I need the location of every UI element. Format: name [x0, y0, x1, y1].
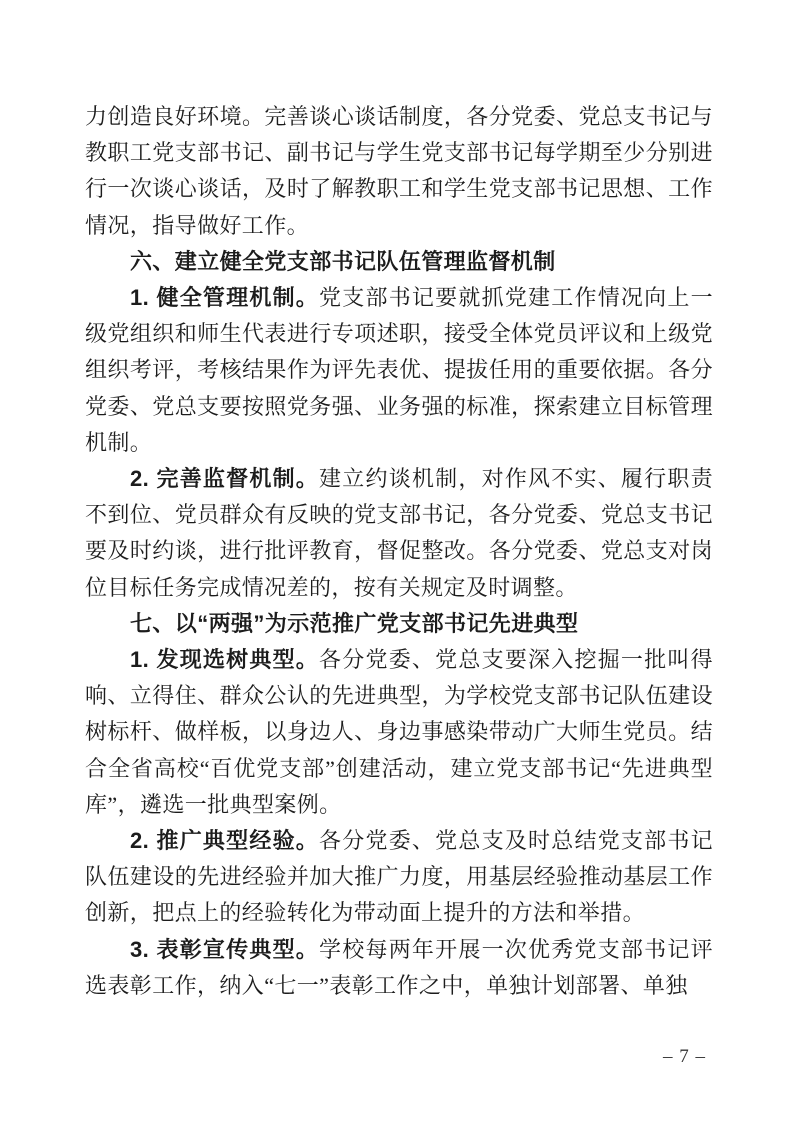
- numbered-paragraph-1: 1. 健全管理机制。党支部书记要就抓党建工作情况向上一级党组织和师生代表进行专项…: [85, 280, 713, 461]
- numbered-paragraph-lead: 2. 推广典型经验。: [130, 828, 319, 853]
- numbered-paragraph-5: 3. 表彰宣传典型。学校每两年开展一次优秀党支部书记评选表彰工作，纳入“七一”表…: [85, 932, 713, 1004]
- numbered-paragraph-2: 2. 完善监督机制。建立约谈机制，对作风不实、履行职责不到位、党员群众有反映的党…: [85, 461, 713, 606]
- section-heading-six: 六、建立健全党支部书记队伍管理监督机制: [85, 244, 713, 280]
- numbered-paragraph-lead: 2. 完善监督机制。: [130, 466, 319, 491]
- numbered-paragraph-4: 2. 推广典型经验。各分党委、党总支及时总结党支部书记队伍建设的先进经验并加大推…: [85, 823, 713, 932]
- numbered-paragraph-lead: 1. 健全管理机制。: [130, 285, 319, 310]
- document-page: 力创造良好环境。完善谈心谈话制度，各分党委、党总支书记与教职工党支部书记、副书记…: [0, 0, 799, 1131]
- page-number: – 7 –: [663, 1046, 706, 1068]
- document-body: 力创造良好环境。完善谈心谈话制度，各分党委、党总支书记与教职工党支部书记、副书记…: [85, 99, 713, 1004]
- numbered-paragraph-3: 1. 发现选树典型。各分党委、党总支要深入挖掘一批叫得响、立得住、群众公认的先进…: [85, 642, 713, 823]
- paragraph-continuation: 力创造良好环境。完善谈心谈话制度，各分党委、党总支书记与教职工党支部书记、副书记…: [85, 99, 713, 244]
- numbered-paragraph-lead: 1. 发现选树典型。: [130, 647, 319, 672]
- numbered-paragraph-lead: 3. 表彰宣传典型。: [130, 937, 319, 962]
- numbered-paragraph-text: 党支部书记要就抓党建工作情况向上一级党组织和师生代表进行专项述职，接受全体党员评…: [85, 285, 713, 455]
- numbered-paragraph-text: 各分党委、党总支要深入挖掘一批叫得响、立得住、群众公认的先进典型，为学校党支部书…: [85, 647, 713, 817]
- section-heading-seven: 七、以“两强”为示范推广党支部书记先进典型: [85, 606, 713, 642]
